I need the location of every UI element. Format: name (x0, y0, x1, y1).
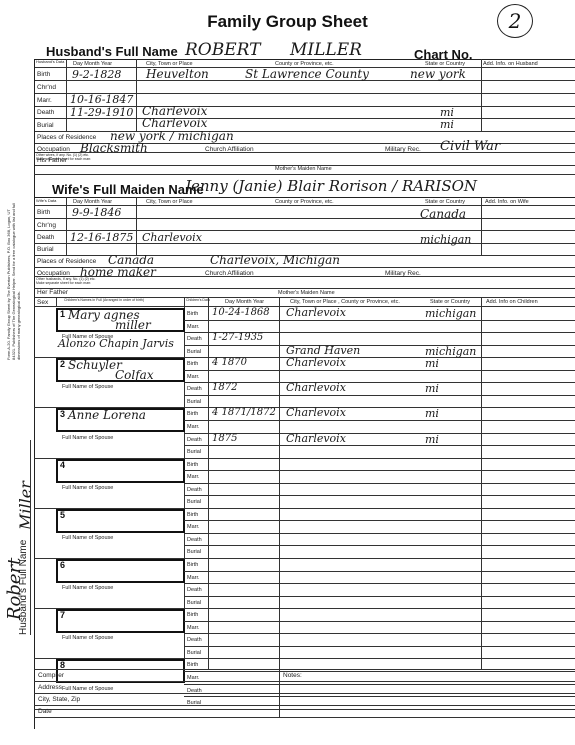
spouse-label: Full Name of Spouse (62, 485, 113, 491)
child-name-box[interactable] (56, 459, 185, 483)
wife-state-header: State or Country (425, 199, 465, 205)
husband-dmy-header: Day Month Year (73, 61, 112, 67)
husband-death-date[interactable]: 11-29-1910 (70, 106, 133, 119)
child-event-date[interactable]: 1872 (212, 382, 237, 393)
wife-dmy-header: Day Month Year (73, 199, 112, 205)
child-event-label: Death (187, 487, 202, 493)
wife-data-label: Wife's Data (36, 198, 56, 203)
children-sex-header: Sex (37, 299, 48, 306)
wife-church-label: Church Affiliation (205, 270, 254, 277)
child-event-date[interactable]: 10-24-1868 (212, 307, 270, 318)
husband-event-chr-label: Chr'nd (37, 84, 56, 91)
wife-other-husbands-note: Other husbands, if any. No. (1) (2) etc.… (36, 277, 96, 285)
child-name-line1[interactable]: Anne Lorena (68, 408, 146, 422)
child-event-date[interactable]: 1-27-1935 (212, 332, 263, 343)
children-data-header: Children's Data (186, 298, 210, 302)
husband-birth-state[interactable]: new york (410, 67, 466, 81)
husband-event-marr-label: Marr. (37, 97, 52, 104)
child-event-label: Birth (187, 462, 198, 468)
address-label: Address (38, 684, 62, 691)
event-label: Birth (37, 71, 50, 78)
husband-event-burial-label: Burial (37, 122, 54, 129)
wife-birth-date[interactable]: 9-9-1846 (72, 206, 121, 219)
child-event-label: Death (187, 537, 202, 543)
children-place-header: City, Town or Place , County or Province… (290, 299, 400, 305)
spouse-label: Full Name of Spouse (62, 535, 113, 541)
wife-residence-label: Places of Residence (37, 258, 96, 265)
husband-church-label: Church Affiliation (205, 146, 254, 153)
child-spouse-name[interactable]: Alonzo Chapin Jarvis (58, 337, 174, 350)
wife-death-city[interactable]: Charlevoix (142, 231, 202, 244)
chart-number-circled: 2 (497, 4, 533, 38)
child-event-label: Birth (187, 411, 198, 417)
child-number: 6 (60, 560, 65, 570)
child-event-place[interactable]: Charlevoix (286, 356, 346, 369)
child-event-label: Burial (187, 499, 201, 505)
child-name-line1[interactable]: Schuyler (68, 358, 122, 372)
child-event-label: Death (187, 637, 202, 643)
husband-name-label: Husband's Full Name (46, 44, 178, 59)
child-event-place[interactable]: Charlevoix (286, 432, 346, 445)
wife-death-label: Death (37, 234, 54, 241)
spouse-label: Full Name of Spouse (62, 686, 113, 692)
husband-occupation-label: Occupation (37, 146, 70, 153)
husband-addinfo-header: Add. Info. on Husband (483, 61, 538, 67)
publisher-note: Form A-20. Family Group Sheet by The Eve… (6, 200, 21, 360)
side-husband-first-name[interactable]: Robert (4, 558, 25, 620)
wife-city-header: City, Town or Place (146, 199, 193, 205)
child-name-box[interactable] (56, 659, 185, 683)
husband-military-label: Military Rec. (385, 146, 421, 153)
spouse-label: Full Name of Spouse (62, 585, 113, 591)
child-event-label: Marr. (187, 524, 200, 530)
wife-mother-label: Mother's Maiden Name (278, 290, 335, 296)
child-name-box[interactable] (56, 559, 185, 583)
child-number: 2 (60, 359, 65, 369)
child-event-place[interactable]: Charlevoix (286, 406, 346, 419)
child-event-state[interactable]: mi (425, 357, 439, 370)
child-number: 1 (60, 309, 65, 319)
side-husband-last-name[interactable]: Miller (16, 481, 35, 530)
husband-burial-city[interactable]: Charlevoix (142, 116, 207, 130)
date-label: Date (38, 708, 52, 715)
husband-birth-county[interactable]: St Lawrence County (245, 67, 369, 81)
husband-military[interactable]: Civil War (440, 139, 500, 154)
husband-birth-city[interactable]: Heuvelton (146, 67, 209, 81)
wife-county-header: County or Province, etc. (275, 199, 334, 205)
husband-father-label: His Father (37, 157, 67, 164)
child-event-label: Death (187, 336, 202, 342)
children-names-header: Children's Names in Full (Arranged in or… (64, 298, 144, 302)
child-event-label: Birth (187, 662, 198, 668)
child-event-state[interactable]: mi (425, 433, 439, 446)
child-event-label: Death (187, 587, 202, 593)
compiler-label: Compiler (38, 672, 64, 679)
child-name-line2[interactable]: Colfax (115, 368, 154, 382)
wife-residence-2[interactable]: Charlevoix, Michigan (210, 253, 340, 267)
spouse-label: Full Name of Spouse (62, 384, 113, 390)
notes-label: Notes: (283, 672, 302, 679)
child-event-label: Birth (187, 311, 198, 317)
wife-death-date[interactable]: 12-16-1875 (70, 231, 133, 244)
child-event-date[interactable]: 1875 (212, 433, 237, 444)
child-number: 3 (60, 409, 65, 419)
child-event-label: Burial (187, 449, 201, 455)
child-event-label: Marr. (187, 474, 200, 480)
spouse-label: Full Name of Spouse (62, 435, 113, 441)
wife-name[interactable]: Jenny (Janie) Blair Rorison / RARISON (185, 177, 477, 195)
child-event-place[interactable]: Charlevoix (286, 381, 346, 394)
child-event-date[interactable]: 4 1871/1872 (212, 407, 276, 418)
child-event-state[interactable]: michigan (425, 345, 476, 358)
page-title: Family Group Sheet (0, 12, 575, 32)
children-state-header: State or Country (430, 299, 470, 305)
husband-burial-state[interactable]: mi (440, 118, 454, 131)
child-event-date[interactable]: 4 1870 (212, 357, 247, 368)
child-event-label: Marr. (187, 625, 200, 631)
husband-marr-date[interactable]: 10-16-1847 (70, 93, 133, 106)
child-number: 7 (60, 610, 65, 620)
children-addinfo-header: Add. Info on Children (486, 299, 538, 305)
child-event-label: Burial (187, 549, 201, 555)
children-dmy-header: Day Month Year (225, 299, 264, 305)
wife-name-label: Wife's Full Maiden Name (52, 182, 204, 197)
city-state-zip-label: City, State, Zip (38, 696, 80, 703)
child-event-place[interactable]: Charlevoix (286, 306, 346, 319)
child-event-label: Death (187, 437, 202, 443)
child-event-label: Burial (187, 399, 201, 405)
child-name-box[interactable] (56, 609, 185, 633)
child-event-label: Birth (187, 612, 198, 618)
child-event-label: Death (187, 386, 202, 392)
wife-chr-label: Chr'ng (37, 222, 56, 229)
child-event-label: Birth (187, 512, 198, 518)
child-event-label: Marr. (187, 575, 200, 581)
wife-father-label: Her Father (37, 289, 68, 296)
husband-residence-label: Places of Residence (37, 134, 96, 141)
wife-occupation-label: Occupation (37, 270, 70, 277)
wife-birth-state[interactable]: Canada (420, 207, 466, 221)
child-event-state[interactable]: mi (425, 407, 439, 420)
husband-mother-label: Mother's Maiden Name (275, 166, 332, 172)
child-number: 5 (60, 510, 65, 520)
wife-addinfo-header: Add. Info. on Wife (485, 199, 529, 205)
child-event-state[interactable]: michigan (425, 307, 476, 320)
spouse-label: Full Name of Spouse (62, 635, 113, 641)
child-event-label: Birth (187, 562, 198, 568)
child-event-label: Marr. (187, 374, 200, 380)
wife-military-label: Military Rec. (385, 270, 421, 277)
child-event-label: Marr. (187, 324, 200, 330)
child-event-label: Marr. (187, 424, 200, 430)
husband-event-death-label: Death (37, 109, 54, 116)
child-number: 4 (60, 460, 65, 470)
child-event-label: Burial (187, 600, 201, 606)
wife-birth-label: Birth (37, 209, 50, 216)
husband-last-name[interactable]: MILLER (290, 40, 362, 60)
child-event-label: Burial (187, 349, 201, 355)
child-event-label: Birth (187, 361, 198, 367)
husband-first-name[interactable]: ROBERT (185, 40, 260, 60)
child-name-box[interactable] (56, 509, 185, 533)
wife-burial-label: Burial (37, 246, 54, 253)
husband-birth-date[interactable]: 9-2-1828 (72, 68, 121, 81)
child-event-label: Burial (187, 650, 201, 656)
child-event-state[interactable]: mi (425, 382, 439, 395)
wife-death-state[interactable]: michigan (420, 233, 471, 246)
child-name-line2[interactable]: miller (115, 318, 151, 332)
husband-data-label: Husband's Data (36, 60, 64, 64)
child-event-place[interactable]: Grand Haven (286, 344, 360, 357)
